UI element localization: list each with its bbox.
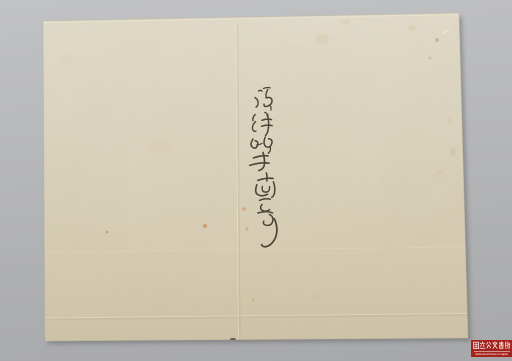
watermark-en-text: National Archives of Japan [475, 352, 508, 356]
archive-watermark: 国立公文書館 National Archives of Japan [471, 340, 512, 357]
watermark-kanji-glyphs [473, 341, 511, 350]
paper-texture-grain [40, 10, 472, 344]
paper-scan-svg [0, 0, 512, 361]
archive-scan: 法律第廿五号 [0, 0, 512, 361]
paper-notch [230, 338, 236, 340]
